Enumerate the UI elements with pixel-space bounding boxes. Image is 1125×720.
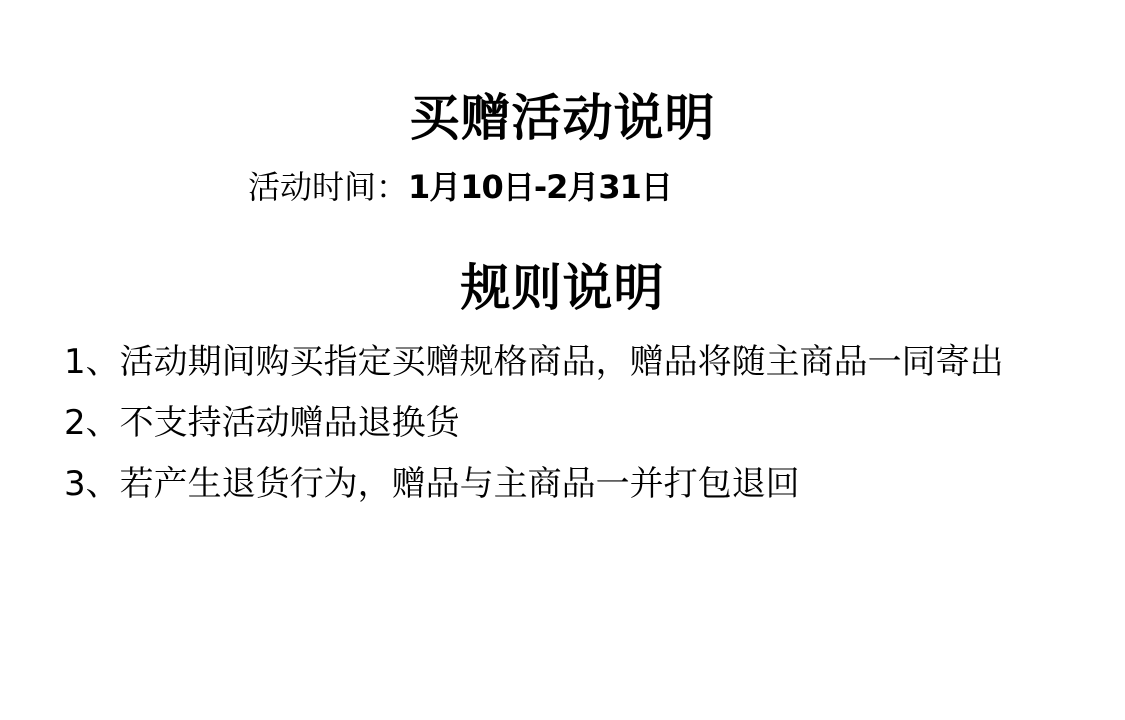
- activity-period-label: 活动时间：: [248, 168, 408, 206]
- rule-number: 1、: [64, 342, 120, 382]
- rule-number: 2、: [64, 403, 120, 443]
- rule-item: 1、活动期间购买指定买赠规格商品，赠品将随主商品一同寄出: [64, 332, 1004, 393]
- rule-text: 活动期间购买指定买赠规格商品，赠品将随主商品一同寄出: [120, 342, 1004, 382]
- rule-item: 3、若产生退货行为，赠品与主商品一并打包退回: [64, 454, 1004, 515]
- rules-list: 1、活动期间购买指定买赠规格商品，赠品将随主商品一同寄出 2、不支持活动赠品退换…: [64, 332, 1004, 515]
- activity-period-value: 1月10日-2月31日: [408, 168, 672, 206]
- page-title: 买赠活动说明: [0, 88, 1125, 148]
- activity-period: 活动时间：1月10日-2月31日: [248, 166, 672, 208]
- rule-text: 若产生退货行为，赠品与主商品一并打包退回: [120, 464, 800, 504]
- rules-title: 规则说明: [0, 258, 1125, 318]
- rule-item: 2、不支持活动赠品退换货: [64, 393, 1004, 454]
- rule-number: 3、: [64, 464, 120, 504]
- rule-text: 不支持活动赠品退换货: [120, 403, 460, 443]
